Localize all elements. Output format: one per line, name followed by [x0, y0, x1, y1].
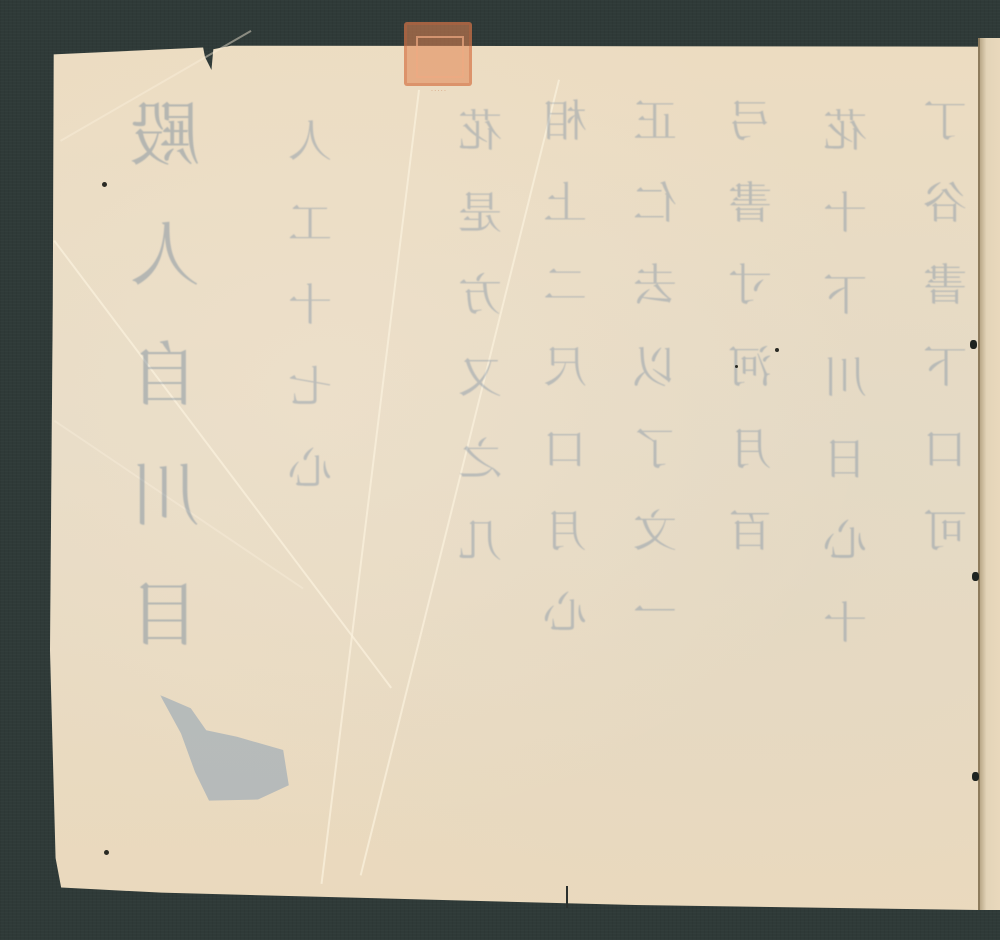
glyph: 丁 — [923, 100, 967, 144]
glyph: 上 — [543, 182, 587, 226]
glyph: 口 — [923, 428, 967, 472]
glyph: 相 — [543, 100, 587, 144]
glyph: 几 — [458, 520, 502, 564]
paper-spot — [104, 850, 109, 855]
glyph: 之 — [458, 438, 502, 482]
glyph: 自 — [130, 340, 200, 410]
glyph: 尺 — [543, 346, 587, 390]
paper-spot — [102, 182, 107, 187]
glyph: 下 — [923, 346, 967, 390]
glyph: 口 — [543, 428, 587, 472]
binding-hole — [972, 772, 979, 781]
glyph: 了 — [633, 428, 677, 472]
glyph: 文 — [633, 510, 677, 554]
glyph: 去 — [633, 264, 677, 308]
glyph: 書 — [923, 264, 967, 308]
glyph: 十 — [823, 192, 867, 236]
stamp-border — [416, 36, 464, 78]
glyph: 十 — [823, 602, 867, 646]
library-stamp-watermark — [404, 22, 472, 86]
text-column: 正 仁 去 以 了 文 一 — [625, 100, 685, 674]
glyph: 寸 — [728, 264, 772, 308]
glyph: 下 — [823, 274, 867, 318]
glyph: 方 — [458, 274, 502, 318]
text-column: 相 上 二 尺 口 月 心 — [535, 100, 595, 674]
glyph: 心 — [543, 592, 587, 636]
glyph: 以 — [633, 346, 677, 390]
glyph: 是 — [458, 192, 502, 236]
glyph: 書 — [728, 182, 772, 226]
glyph: 十 — [288, 284, 332, 328]
glyph: 一 — [633, 592, 677, 636]
glyph: 谷 — [923, 182, 967, 226]
binding-hole — [970, 340, 977, 349]
glyph: 目 — [130, 580, 200, 650]
binding-hole — [972, 572, 979, 581]
glyph: 川 — [823, 356, 867, 400]
edge-tear — [566, 886, 568, 908]
paper-spot — [735, 365, 738, 368]
text-column: 花 是 方 又 之 几 — [450, 110, 510, 602]
glyph: 川 — [130, 460, 200, 530]
glyph: 月 — [543, 510, 587, 554]
adjacent-page-edge — [978, 38, 1000, 910]
glyph: 花 — [458, 110, 502, 154]
glyph: 又 — [458, 356, 502, 400]
glyph: 心 — [823, 520, 867, 564]
glyph: 仁 — [633, 182, 677, 226]
glyph: 可 — [923, 510, 967, 554]
glyph: 工 — [288, 202, 332, 246]
watermark-caption: ····· — [400, 86, 478, 96]
glyph: 人 — [288, 120, 332, 164]
glyph: 百 — [728, 510, 772, 554]
text-column: 人 工 十 七 心 — [280, 120, 340, 530]
glyph: 日 — [823, 438, 867, 482]
text-column: 花 十 下 川 日 心 十 — [815, 110, 875, 684]
glyph: 二 — [543, 264, 587, 308]
text-column: 丁 谷 書 下 口 可 — [915, 100, 975, 592]
glyph: 七 — [288, 366, 332, 410]
text-column: 殿 人 自 川 目 — [120, 100, 210, 700]
glyph: 弓 — [728, 100, 772, 144]
glyph: 心 — [288, 448, 332, 492]
paper-spot — [775, 348, 779, 352]
glyph: 河 — [728, 346, 772, 390]
glyph: 殿 — [130, 100, 200, 170]
text-column: 弓 書 寸 河 月 百 — [720, 100, 780, 592]
glyph: 花 — [823, 110, 867, 154]
glyph: 正 — [633, 100, 677, 144]
glyph: 人 — [130, 220, 200, 290]
glyph: 月 — [728, 428, 772, 472]
